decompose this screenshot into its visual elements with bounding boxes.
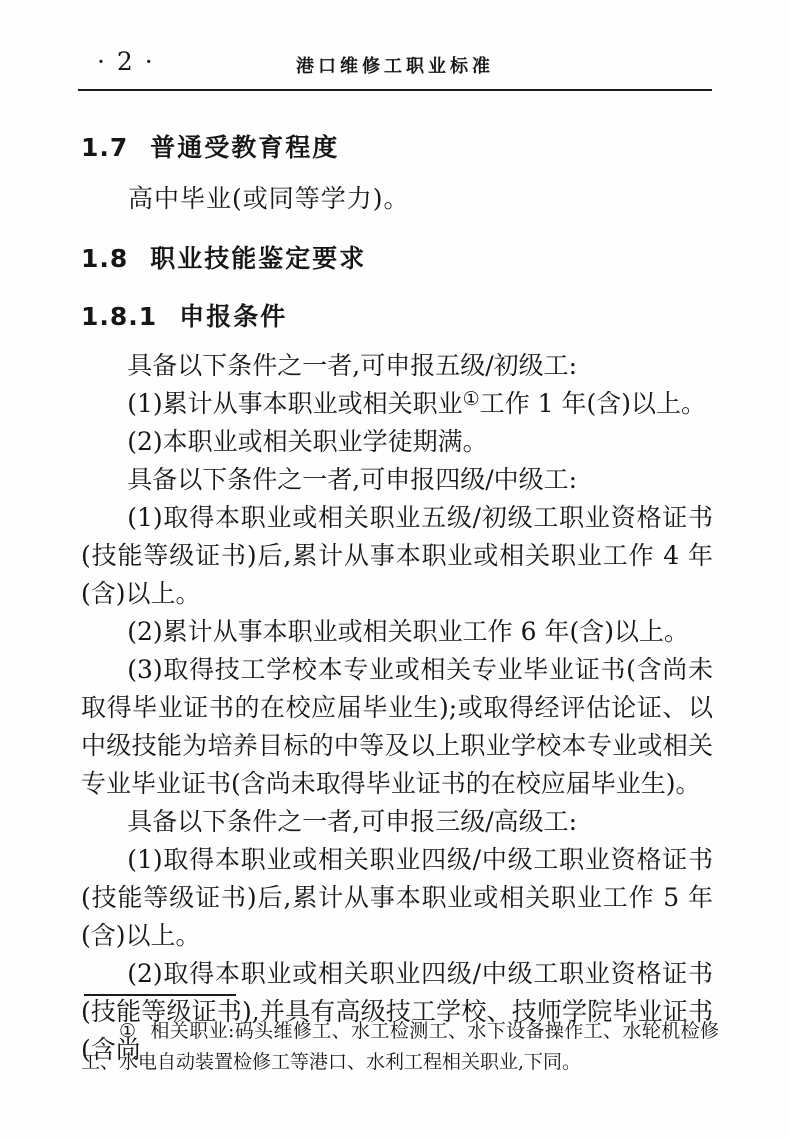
section-1-8-1-heading: 1.8.1申报条件 (81, 297, 287, 333)
paragraph: 具备以下条件之一者,可申报五级/初级工: (81, 347, 713, 385)
header-rule (78, 89, 712, 91)
footnote-reference: ① (463, 388, 480, 410)
paragraph: (3)取得技工学校本专业或相关专业毕业证书(含尚未取得毕业证书的在校应届毕业生)… (81, 651, 713, 803)
paragraph: 具备以下条件之一者,可申报四级/中级工: (81, 461, 713, 499)
section-1-7-paragraph: 高中毕业(或同等学力)。 (81, 179, 410, 215)
section-1-7-number: 1.7 (81, 133, 128, 162)
paragraph-text: 工作 1 年(含)以上。 (480, 389, 706, 418)
footnote-text: 相关职业:码头维修工、水工检测工、水下设备操作工、水轮机检修工、水电自动装置检修… (81, 1020, 719, 1073)
section-1-8-title: 职业技能鉴定要求 (150, 244, 366, 273)
paragraph: (1)取得本职业或相关职业四级/中级工职业资格证书(技能等级证书)后,累计从事本… (81, 841, 713, 955)
section-1-8-1-number: 1.8.1 (81, 302, 157, 331)
paragraph: (2)累计从事本职业或相关职业工作 6 年(含)以上。 (81, 613, 713, 651)
section-1-7-heading: 1.7普通受教育程度 (81, 128, 339, 164)
paragraph: (2)本职业或相关职业学徒期满。 (81, 423, 713, 461)
section-1-8-number: 1.8 (81, 244, 128, 273)
paragraph: 具备以下条件之一者,可申报三级/高级工: (81, 803, 713, 841)
section-1-7-title: 普通受教育程度 (150, 133, 339, 162)
footnote-separator (84, 994, 236, 996)
document-page: · 2 · 港口维修工职业标准 1.7普通受教育程度 高中毕业(或同等学力)。 … (0, 0, 790, 1139)
section-1-8-1-title: 申报条件 (179, 302, 287, 331)
running-header-title: 港口维修工职业标准 (0, 52, 790, 78)
section-1-8-1-body: 具备以下条件之一者,可申报五级/初级工: (1)累计从事本职业或相关职业①工作 … (81, 347, 713, 1069)
paragraph: (1)累计从事本职业或相关职业①工作 1 年(含)以上。 (81, 385, 713, 423)
paragraph: (1)取得本职业或相关职业五级/初级工职业资格证书(技能等级证书)后,累计从事本… (81, 499, 713, 613)
footnote-marker: ① (119, 1020, 136, 1042)
paragraph-text: (1)累计从事本职业或相关职业 (127, 389, 462, 418)
section-1-8-heading: 1.8职业技能鉴定要求 (81, 239, 366, 275)
footnote: ①相关职业:码头维修工、水工检测工、水下设备操作工、水轮机检修工、水电自动装置检… (81, 1016, 719, 1078)
